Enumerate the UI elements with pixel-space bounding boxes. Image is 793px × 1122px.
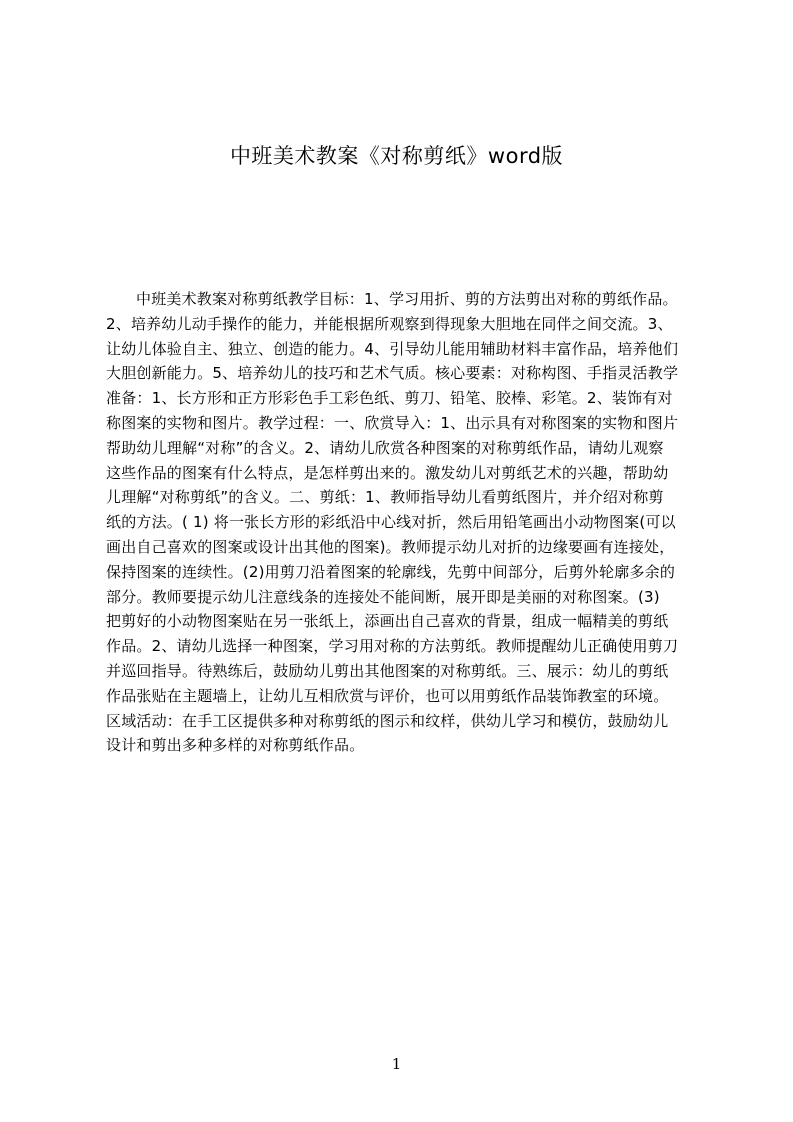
body-line: 把剪好的小动物图案贴在另一张纸上，添画出自己喜欢的背景，组成一幅精美的剪纸 xyxy=(106,609,698,634)
body-line: 让幼儿体验自主、独立、创造的能力。4、引导幼儿能用辅助材料丰富作品，培养他们 xyxy=(106,337,698,362)
body-line: 作品张贴在主题墙上，让幼儿互相欣赏与评价，也可以用剪纸作品装饰教室的环境。 xyxy=(106,684,698,709)
body-line: 设计和剪出多种多样的对称剪纸作品。 xyxy=(106,733,698,758)
body-line: 画出自己喜欢的图案或设计出其他的图案)。教师提示幼儿对折的边缘要画有连接处， xyxy=(106,535,698,560)
body-line: 纸的方法。( 1) 将一张长方形的彩纸沿中心线对折，然后用铅笔画出小动物图案(可… xyxy=(106,510,698,535)
document-body: 中班美术教案对称剪纸教学目标：1、学习用折、剪的方法剪出对称的剪纸作品。 2、培… xyxy=(106,287,698,758)
body-line: 并巡回指导。待熟练后，鼓励幼儿剪出其他图案的对称剪纸。三、展示：幼儿的剪纸 xyxy=(106,659,698,684)
body-line: 保持图案的连续性。(2)用剪刀沿着图案的轮廓线，先剪中间部分，后剪外轮廓多余的 xyxy=(106,560,698,585)
body-line: 帮助幼儿理解“对称”的含义。2、请幼儿欣赏各种图案的对称剪纸作品，请幼儿观察 xyxy=(106,436,698,461)
body-line: 儿理解“对称剪纸”的含义。二、剪纸：1、教师指导幼儿看剪纸图片，并介绍对称剪 xyxy=(106,485,698,510)
document-title: 中班美术教案《对称剪纸》word版 xyxy=(0,140,793,172)
body-line: 中班美术教案对称剪纸教学目标：1、学习用折、剪的方法剪出对称的剪纸作品。 xyxy=(106,287,698,312)
body-line: 这些作品的图案有什么特点，是怎样剪出来的。激发幼儿对剪纸艺术的兴趣，帮助幼 xyxy=(106,461,698,486)
body-line: 区域活动：在手工区提供多种对称剪纸的图示和纹样，供幼儿学习和模仿，鼓励幼儿 xyxy=(106,709,698,734)
page-number: 1 xyxy=(0,1053,793,1075)
body-line: 大胆创新能力。5、培养幼儿的技巧和艺术气质。核心要素：对称构图、手指灵活教学 xyxy=(106,361,698,386)
body-line: 准备：1、长方形和正方形彩色手工彩色纸、剪刀、铅笔、胶棒、彩笔。2、装饰有对 xyxy=(106,386,698,411)
body-line: 部分。教师要提示幼儿注意线条的连接处不能间断，展开即是美丽的对称图案。(3) xyxy=(106,585,698,610)
document-page: 中班美术教案《对称剪纸》word版 中班美术教案对称剪纸教学目标：1、学习用折、… xyxy=(0,0,793,1122)
body-line: 称图案的实物和图片。教学过程：一、欣赏导入：1、出示具有对称图案的实物和图片 xyxy=(106,411,698,436)
body-line: 2、培养幼儿动手操作的能力，并能根据所观察到得现象大胆地在同伴之间交流。3、 xyxy=(106,312,698,337)
body-line: 作品。2、请幼儿选择一种图案，学习用对称的方法剪纸。教师提醒幼儿正确使用剪刀 xyxy=(106,634,698,659)
